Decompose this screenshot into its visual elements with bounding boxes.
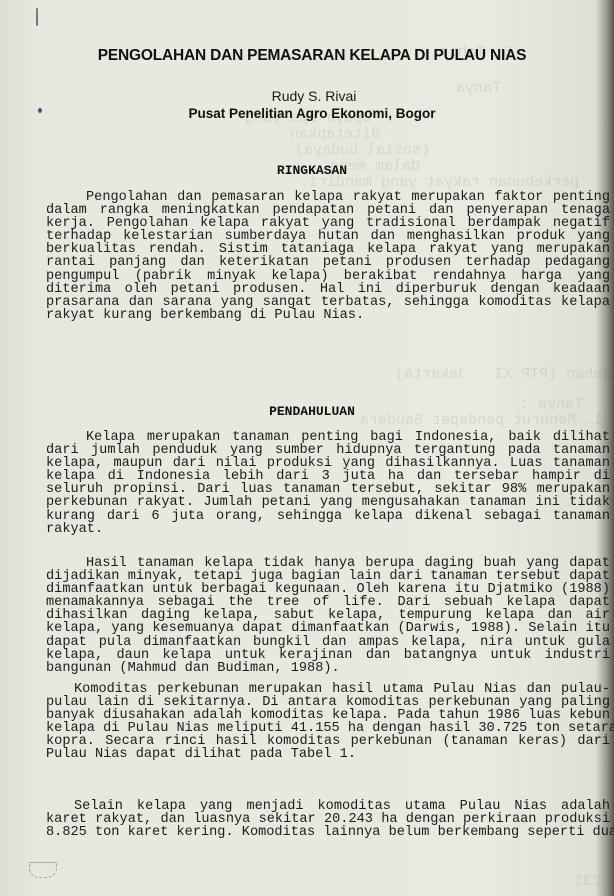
intro-paragraph-1: Kelapa merupakan tanaman penting bagi In… <box>46 431 610 536</box>
text-line: rakyat. <box>46 523 610 536</box>
author-affiliation: Pusat Penelitian Agro Ekonomi, Bogor <box>0 106 614 121</box>
text-line: Pulau Nias dapat dilihat pada Tabel 1. <box>46 748 610 761</box>
text-line: rakyat kurang berkembang di Pulau Nias. <box>46 309 610 322</box>
text-line: kelapa, daun kelapa untuk kerajinan dan … <box>46 649 610 662</box>
section-heading-pendahuluan: PENDAHULUAN <box>0 404 614 419</box>
abstract-paragraph: Pengolahan dan pemasaran kelapa rakyat m… <box>46 191 610 322</box>
text-line: prasarana dan sarana yang sangat terbata… <box>46 296 610 309</box>
text-line: rantai panjang dan keterikatan petani pr… <box>46 256 610 269</box>
text-line: bangunan (Mahmud dan Budiman, 1988). <box>46 662 610 675</box>
library-stamp-mark <box>29 862 57 878</box>
text-line: dapat pula dimanfaatkan bungkil dan ampa… <box>46 636 610 649</box>
intro-paragraph-3: Komoditas perkebunan merupakan hasil uta… <box>46 683 610 762</box>
scanned-page: 6. Tahir Tanya : Upaya apa yang ditetapk… <box>0 0 614 896</box>
intro-paragraph-4: Selain kelapa yang menjadi komoditas uta… <box>46 800 610 839</box>
text-line: pengumpul (pabrik minyak kelapa) berakib… <box>46 270 610 283</box>
document-title: PENGOLAHAN DAN PEMASARAN KELAPA DI PULAU… <box>0 47 614 65</box>
text-line: kurang dari 6 juta orang, sehingga kelap… <box>46 510 610 523</box>
author-name: Rudy S. Rivai <box>0 88 614 104</box>
text-line: diterima oleh petani produsen. Hal ini d… <box>46 283 610 296</box>
text-line: perkebunan rakyat. Jumlah petani yang me… <box>46 496 610 509</box>
text-line: 8.825 ton karet kering. Komoditas lainny… <box>46 826 610 839</box>
pen-mark <box>36 8 38 26</box>
text-line: kelapa, yang kesemuanya dapat dimanfaatk… <box>46 622 610 635</box>
section-heading-ringkasan: RINGKASAN <box>0 163 614 178</box>
intro-paragraph-2: Hasil tanaman kelapa tidak hanya berupa … <box>46 557 610 675</box>
